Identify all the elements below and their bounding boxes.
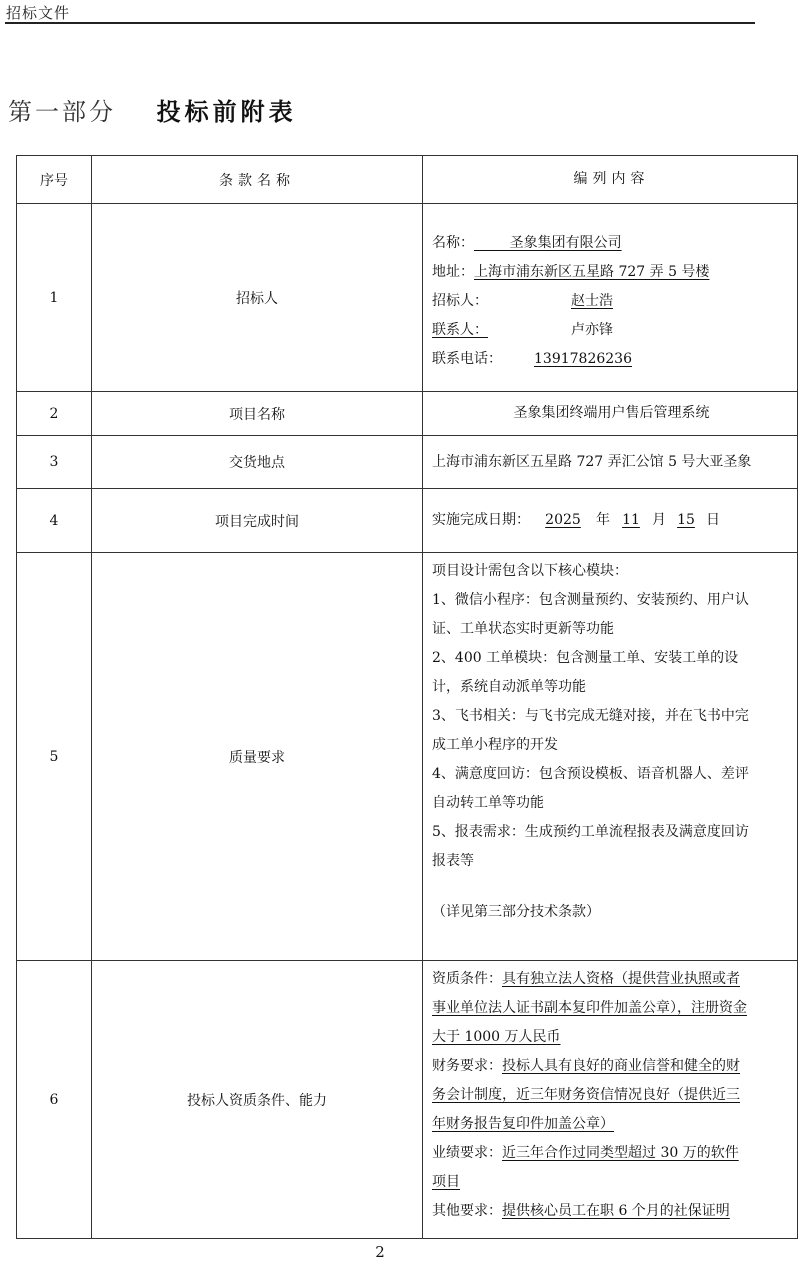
running-header: 招标文件 (6, 2, 70, 23)
row-content: 名称： 圣象集团有限公司 地址：上海市浦东新区五星路 727 弄 5 号楼 招标… (423, 204, 798, 392)
quality-line: 2、400 工单模块：包含测量工单、安装工单的设 (432, 644, 791, 673)
header-content: 编列内容 (423, 156, 798, 204)
quality-line: 1、微信小程序：包含测量预约、安装预约、用户认 (432, 586, 791, 615)
row-item: 交货地点 (92, 436, 423, 489)
row-item: 项目完成时间 (92, 489, 423, 553)
header-rule (5, 22, 755, 24)
quality-line: 3、飞书相关：与飞书完成无缝对接，并在飞书中完 (432, 702, 791, 731)
completion-date: 实施完成日期：2025年11月15日 (423, 489, 798, 553)
row-item: 质量要求 (92, 553, 423, 961)
row-no: 2 (17, 392, 92, 436)
quality-line: 自动转工单等功能 (432, 789, 791, 818)
table-row: 4 项目完成时间 实施完成日期：2025年11月15日 (17, 489, 798, 553)
tender-appendix-table: 序号 条款名称 编列内容 1 招标人 名称： 圣象集团有限公司 地址：上海市浦东… (16, 155, 798, 1239)
tenderer-address-line: 地址：上海市浦东新区五星路 727 弄 5 号楼 (432, 258, 791, 287)
table-row: 1 招标人 名称： 圣象集团有限公司 地址：上海市浦东新区五星路 727 弄 5… (17, 204, 798, 392)
bidder-qualifications: 资质条件：具有独立法人资格（提供营业执照或者 事业单位法人证书副本复印件加盖公章… (423, 961, 798, 1239)
quality-line: 成工单小程序的开发 (432, 731, 791, 760)
performance-line: 项目 (432, 1168, 791, 1197)
finance-line: 务会计制度，近三年财务资信情况良好（提供近三 (432, 1081, 791, 1110)
row-item: 投标人资质条件、能力 (92, 961, 423, 1239)
row-no: 3 (17, 436, 92, 489)
quality-line: 证、工单状态实时更新等功能 (432, 615, 791, 644)
row-no: 4 (17, 489, 92, 553)
page-number: 2 (0, 1243, 760, 1261)
table-row: 5 质量要求 项目设计需包含以下核心模块： 1、微信小程序：包含测量预约、安装预… (17, 553, 798, 961)
row-no: 6 (17, 961, 92, 1239)
row-item: 招标人 (92, 204, 423, 392)
contact-phone-line: 联系电话：13917826236 (432, 345, 791, 374)
other-requirement-line: 其他要求：提供核心员工在职 6 个月的社保证明 (432, 1197, 791, 1226)
contact-phone-value: 13917826236 (502, 345, 632, 374)
header-item: 条款名称 (92, 156, 423, 204)
quality-line: 4、满意度回访：包含预设模板、语音机器人、差评 (432, 760, 791, 789)
row-no: 1 (17, 204, 92, 392)
tenderer-name-value: 圣象集团有限公司 (474, 235, 622, 251)
tenderer-address-value: 上海市浦东新区五星路 727 弄 5 号楼 (474, 264, 709, 280)
row-item: 项目名称 (92, 392, 423, 436)
quality-line: 5、报表需求：生成预约工单流程报表及满意度回访 (432, 818, 791, 847)
completion-day: 15 (666, 506, 706, 535)
table-row: 3 交货地点 上海市浦东新区五星路 727 弄汇公馆 5 号大亚圣象 (17, 436, 798, 489)
quality-requirements: 项目设计需包含以下核心模块： 1、微信小程序：包含测量预约、安装预约、用户认 证… (423, 553, 798, 961)
row-no: 5 (17, 553, 92, 961)
finance-line: 年财务报告复印件加盖公章） (432, 1110, 791, 1139)
quality-line: 报表等 (432, 847, 791, 876)
qualification-line: 资质条件：具有独立法人资格（提供营业执照或者 (432, 965, 791, 994)
section-part: 第一部分 (8, 98, 116, 126)
contact-person-line: 联系人：卢亦锋 (432, 316, 791, 345)
contact-person-value: 卢亦锋 (488, 316, 613, 345)
table-row: 2 项目名称 圣象集团终端用户售后管理系统 (17, 392, 798, 436)
section-name: 投标前附表 (157, 98, 297, 126)
section-title: 第一部分 投标前附表 (8, 92, 297, 127)
tenderer-person-line: 招标人：赵士浩 (432, 287, 791, 316)
tenderer-person-value: 赵士浩 (488, 287, 613, 316)
quality-note: （详见第三部分技术条款） (432, 898, 791, 927)
performance-line: 业绩要求：近三年合作过同类型超过 30 万的软件 (432, 1139, 791, 1168)
header-no: 序号 (17, 156, 92, 204)
completion-year: 2025 (530, 506, 596, 535)
qualification-line: 事业单位法人证书副本复印件加盖公章），注册资金 (432, 994, 791, 1023)
tenderer-name-line: 名称： 圣象集团有限公司 (432, 229, 791, 258)
quality-intro: 项目设计需包含以下核心模块： (432, 557, 791, 586)
qualification-line: 大于 1000 万人民币 (432, 1023, 791, 1052)
quality-line: 计，系统自动派单等功能 (432, 673, 791, 702)
table-row: 6 投标人资质条件、能力 资质条件：具有独立法人资格（提供营业执照或者 事业单位… (17, 961, 798, 1239)
delivery-location-value: 上海市浦东新区五星路 727 弄汇公馆 5 号大亚圣象 (423, 436, 798, 489)
table-header-row: 序号 条款名称 编列内容 (17, 156, 798, 204)
finance-line: 财务要求：投标人具有良好的商业信誉和健全的财 (432, 1052, 791, 1081)
completion-month: 11 (610, 506, 652, 535)
project-name-value: 圣象集团终端用户售后管理系统 (423, 392, 798, 436)
